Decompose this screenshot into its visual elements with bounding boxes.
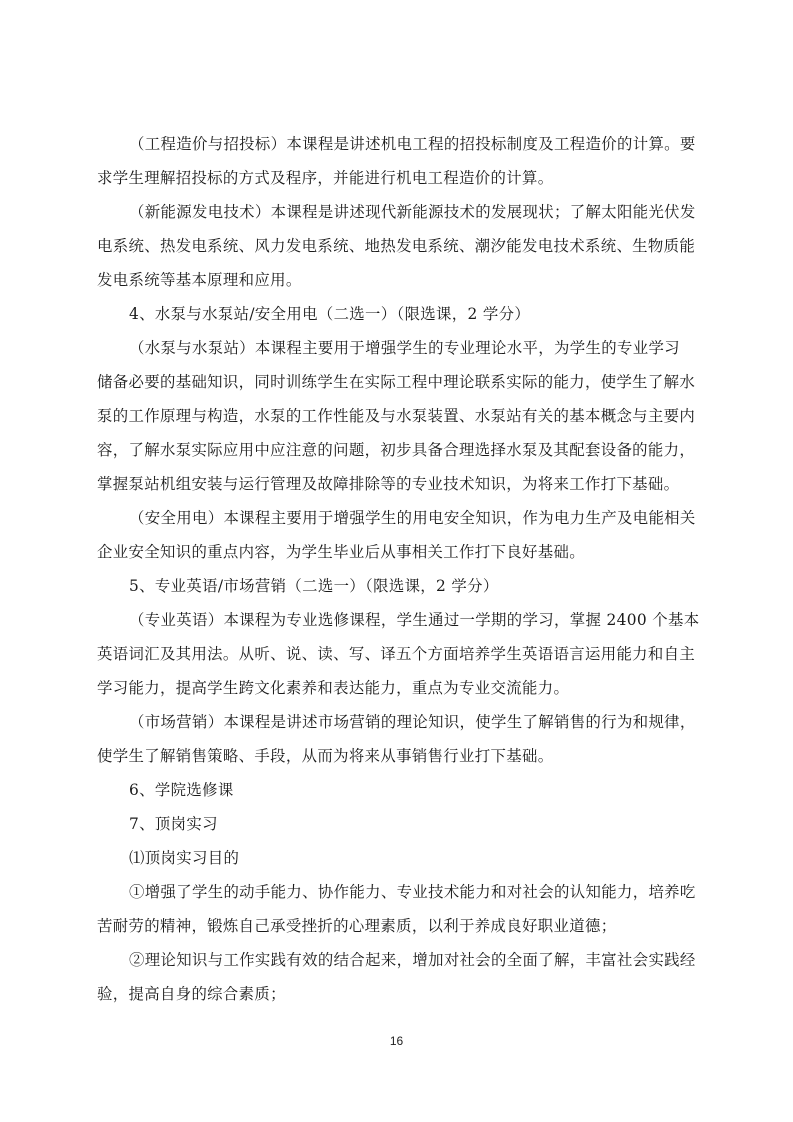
text-line: 验，提高自身的综合素质； xyxy=(97,977,698,1011)
paragraph-marketing: （市场营销）本课程是讲述市场营销的理论知识，使学生了解销售的行为和规律， 使学生… xyxy=(97,705,698,773)
paragraph-goal-2: ②理论知识与工作实践有效的结合起来，增加对社会的全面了解，丰富社会实践经 验，提… xyxy=(97,943,698,1011)
text-line: 求学生理解招投标的方式及程序，并能进行机电工程造价的计算。 xyxy=(97,161,698,195)
section-heading: 5、专业英语/市场营销（二选一）（限选课，2 学分） xyxy=(97,569,698,603)
text-line: 发电系统等基本原理和应用。 xyxy=(97,263,698,297)
page-number: 16 xyxy=(0,1034,793,1048)
document-page: （工程造价与招投标）本课程是讲述机电工程的招投标制度及工程造价的计算。要 求学生… xyxy=(0,0,793,1122)
document-body: （工程造价与招投标）本课程是讲述机电工程的招投标制度及工程造价的计算。要 求学生… xyxy=(97,127,698,1011)
section-heading: 7、顶岗实习 xyxy=(97,807,698,841)
heading-item-5: 5、专业英语/市场营销（二选一）（限选课，2 学分） xyxy=(97,569,698,603)
paragraph-water-pump: （水泵与水泵站）本课程主要用于增强学生的专业理论水平，为学生的专业学习 储备必要… xyxy=(97,331,698,501)
text-line: （工程造价与招投标）本课程是讲述机电工程的招投标制度及工程造价的计算。要 xyxy=(97,127,698,161)
text-line: 储备必要的基础知识，同时训练学生在实际工程中理论联系实际的能力，使学生了解水 xyxy=(97,365,698,399)
text-line: 电系统、热发电系统、风力发电系统、地热发电系统、潮汐能发电技术系统、生物质能 xyxy=(97,229,698,263)
heading-item-7: 7、顶岗实习 xyxy=(97,807,698,841)
paragraph-new-energy: （新能源发电技术）本课程是讲述现代新能源技术的发展现状；了解太阳能光伏发 电系统… xyxy=(97,195,698,297)
text-line: （水泵与水泵站）本课程主要用于增强学生的专业理论水平，为学生的专业学习 xyxy=(97,331,698,365)
text-line: ①增强了学生的动手能力、协作能力、专业技术能力和对社会的认知能力，培养吃 xyxy=(97,875,698,909)
text-line: ②理论知识与工作实践有效的结合起来，增加对社会的全面了解，丰富社会实践经 xyxy=(97,943,698,977)
text-line: 泵的工作原理与构造，水泵的工作性能及与水泵装置、水泵站有关的基本概念与主要内 xyxy=(97,399,698,433)
text-line: 苦耐劳的精神，锻炼自己承受挫折的心理素质，以利于养成良好职业道德； xyxy=(97,909,698,943)
text-line: （专业英语）本课程为专业选修课程，学生通过一学期的学习，掌握 2400 个基本 xyxy=(97,603,698,637)
text-line: （市场营销）本课程是讲述市场营销的理论知识，使学生了解销售的行为和规律， xyxy=(97,705,698,739)
text-line: 使学生了解销售策略、手段，从而为将来从事销售行业打下基础。 xyxy=(97,739,698,773)
paragraph-goal-1: ①增强了学生的动手能力、协作能力、专业技术能力和对社会的认知能力，培养吃 苦耐劳… xyxy=(97,875,698,943)
text-line: （新能源发电技术）本课程是讲述现代新能源技术的发展现状；了解太阳能光伏发 xyxy=(97,195,698,229)
heading-item-4: 4、水泵与水泵站/安全用电（二选一）（限选课，2 学分） xyxy=(97,297,698,331)
section-heading: 6、学院选修课 xyxy=(97,773,698,807)
section-heading: 4、水泵与水泵站/安全用电（二选一）（限选课，2 学分） xyxy=(97,297,698,331)
paragraph-electrical-safety: （安全用电）本课程主要用于增强学生的用电安全知识，作为电力生产及电能相关 企业安… xyxy=(97,501,698,569)
text-line: 容，了解水泵实际应用中应注意的问题，初步具备合理选择水泵及其配套设备的能力， xyxy=(97,433,698,467)
text-line: 学习能力，提高学生跨文化素养和表达能力，重点为专业交流能力。 xyxy=(97,671,698,705)
heading-item-6: 6、学院选修课 xyxy=(97,773,698,807)
text-line: 掌握泵站机组安装与运行管理及故障排除等的专业技术知识，为将来工作打下基础。 xyxy=(97,467,698,501)
text-line: （安全用电）本课程主要用于增强学生的用电安全知识，作为电力生产及电能相关 xyxy=(97,501,698,535)
text-line: 英语词汇及其用法。从听、说、读、写、译五个方面培养学生英语语言运用能力和自主 xyxy=(97,637,698,671)
subsection-heading: ⑴顶岗实习目的 xyxy=(97,841,698,875)
paragraph-professional-english: （专业英语）本课程为专业选修课程，学生通过一学期的学习，掌握 2400 个基本 … xyxy=(97,603,698,705)
subheading-internship-goal: ⑴顶岗实习目的 xyxy=(97,841,698,875)
text-line: 企业安全知识的重点内容，为学生毕业后从事相关工作打下良好基础。 xyxy=(97,535,698,569)
paragraph-engineering-cost: （工程造价与招投标）本课程是讲述机电工程的招投标制度及工程造价的计算。要 求学生… xyxy=(97,127,698,195)
